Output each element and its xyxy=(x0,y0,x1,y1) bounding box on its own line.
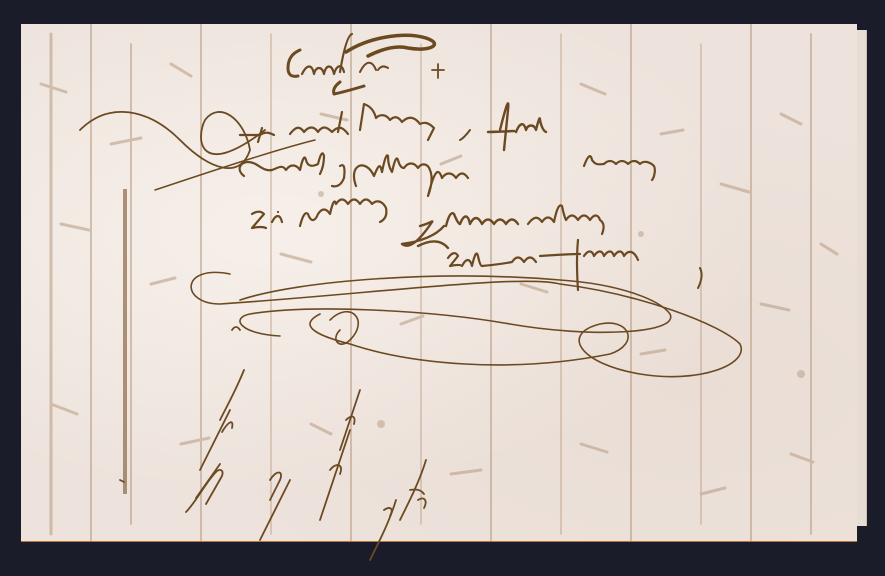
letter-sheet xyxy=(21,24,857,541)
bleed-through-texture xyxy=(21,24,857,541)
